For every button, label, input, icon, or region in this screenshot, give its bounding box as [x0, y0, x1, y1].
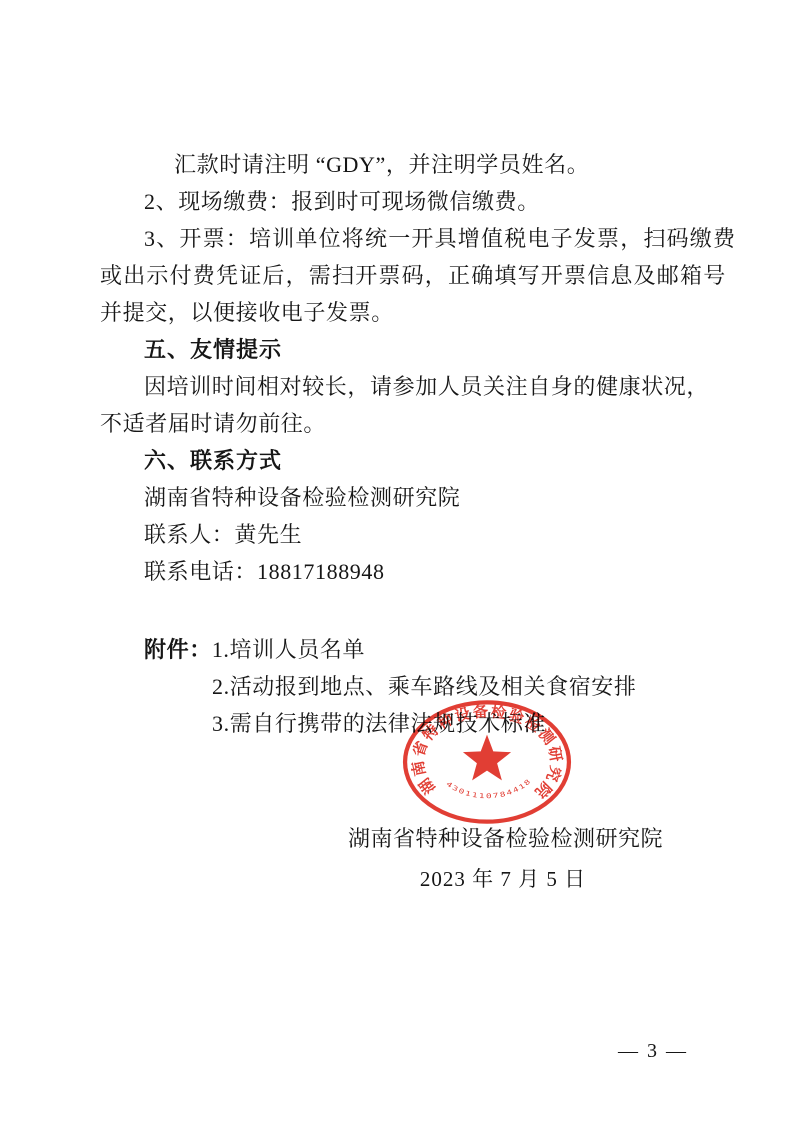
- page-number: — 3 —: [618, 1040, 688, 1063]
- line-invoice-3: 并提交，以便接收电子发票。: [100, 294, 704, 331]
- attachment-item-3: 3.需自行携带的法律法规技术标准: [100, 705, 704, 742]
- heading-friendly-reminder: 五、友情提示: [100, 331, 704, 368]
- line-invoice-1: 3、开票：培训单位将统一开具增值税电子发票，扫码缴费: [100, 220, 704, 257]
- line-invoice-2: 或出示付费凭证后，需扫开票码，正确填写开票信息及邮箱号: [100, 257, 704, 294]
- attachment-item-1: 附件：1.培训人员名单: [100, 631, 704, 668]
- attachment-item-2: 2.活动报到地点、乘车路线及相关食宿安排: [100, 668, 704, 705]
- document-body: 汇款时请注明 “GDY”，并注明学员姓名。 2、现场缴费：报到时可现场微信缴费。…: [100, 146, 704, 742]
- attachments-block: 附件：1.培训人员名单 2.活动报到地点、乘车路线及相关食宿安排 3.需自行携带…: [100, 631, 704, 742]
- line-reminder-2: 不适者届时请勿前往。: [100, 405, 704, 442]
- signature-date: 2023 年 7 月 5 日: [348, 862, 658, 896]
- attachment-1-text: 1.培训人员名单: [212, 637, 365, 662]
- line-contact-phone: 联系电话：18817188948: [100, 553, 704, 590]
- line-onsite-payment: 2、现场缴费：报到时可现场微信缴费。: [100, 183, 704, 220]
- seal-code-text: 4301110784418: [445, 777, 534, 801]
- attachments-label: 附件：: [144, 637, 212, 662]
- line-contact-org: 湖南省特种设备检验检测研究院: [100, 479, 704, 516]
- line-contact-person: 联系人：黄先生: [100, 516, 704, 553]
- signature-block: 湖南省特种设备检验检测研究院 2023 年 7 月 5 日: [348, 822, 658, 896]
- document-page: 汇款时请注明 “GDY”，并注明学员姓名。 2、现场缴费：报到时可现场微信缴费。…: [0, 0, 793, 1122]
- line-reminder-1: 因培训时间相对较长，请参加人员关注自身的健康状况，: [100, 368, 704, 405]
- signature-org-name: 湖南省特种设备检验检测研究院: [348, 822, 658, 856]
- line-remittance-note: 汇款时请注明 “GDY”，并注明学员姓名。: [100, 146, 704, 183]
- heading-contact-info: 六、联系方式: [100, 442, 704, 479]
